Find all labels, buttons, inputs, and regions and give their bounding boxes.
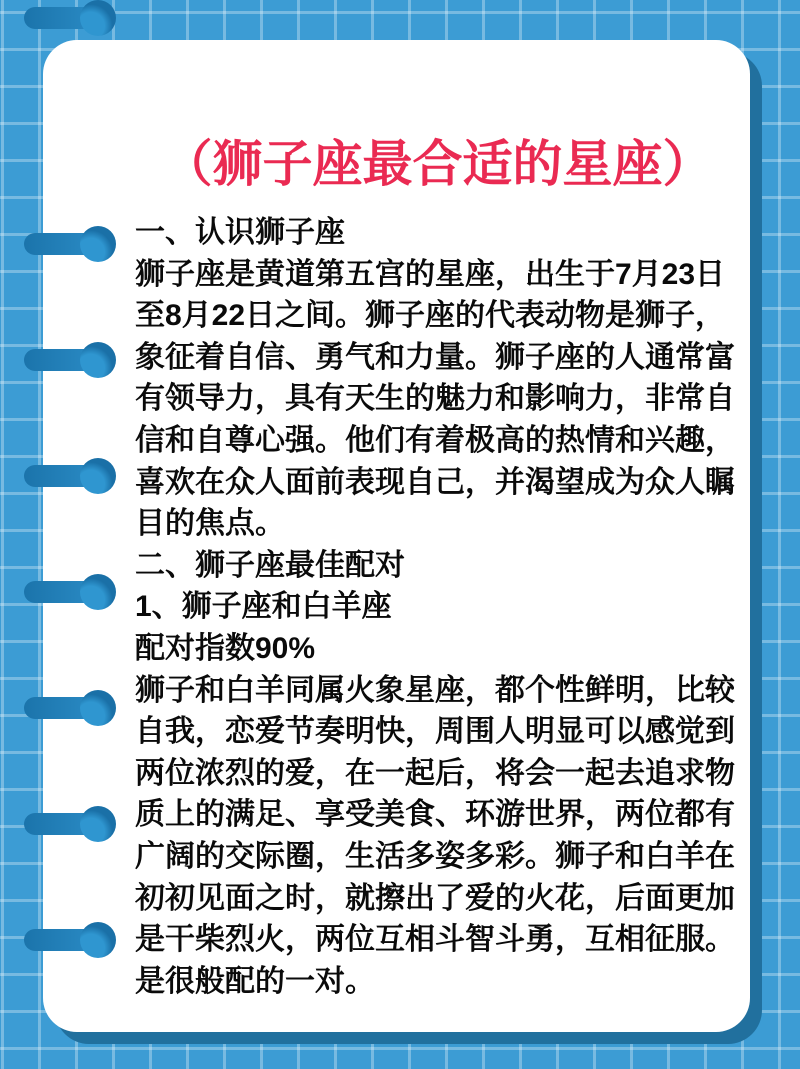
text-line: 二、狮子座最佳配对 xyxy=(135,545,746,587)
page-title: （狮子座最合适的星座） xyxy=(135,124,740,196)
body-text: 一、认识狮子座狮子座是黄道第五宫的星座，出生于7月23日至8月22日之间。狮子座… xyxy=(135,212,746,1002)
binder-pin-icon xyxy=(24,458,136,494)
text-line: 是干柴烈火，两位互相斗智斗勇，互相征服。 xyxy=(135,919,746,961)
text-line: 目的焦点。 xyxy=(135,503,746,545)
text-line: 至8月22日之间。狮子座的代表动物是狮子， xyxy=(135,295,746,337)
text-line: 1、狮子座和白羊座 xyxy=(135,586,746,628)
text-line: 象征着自信、勇气和力量。狮子座的人通常富 xyxy=(135,337,746,379)
grid-background: （狮子座最合适的星座） 一、认识狮子座狮子座是黄道第五宫的星座，出生于7月23日… xyxy=(0,0,800,1069)
binder-pin-icon xyxy=(24,342,136,378)
text-line: 一、认识狮子座 xyxy=(135,212,746,254)
text-line: 是很般配的一对。 xyxy=(135,961,746,1003)
text-line: 狮子座是黄道第五宫的星座，出生于7月23日 xyxy=(135,254,746,296)
binder-pin-icon xyxy=(24,690,136,726)
text-line: 信和自尊心强。他们有着极高的热情和兴趣， xyxy=(135,420,746,462)
text-line: 两位浓烈的爱，在一起后，将会一起去追求物 xyxy=(135,753,746,795)
binder-pin-icon xyxy=(24,806,136,842)
notebook-paper: （狮子座最合适的星座） 一、认识狮子座狮子座是黄道第五宫的星座，出生于7月23日… xyxy=(43,40,750,1032)
binder-pin-icon xyxy=(24,922,136,958)
binder-pin-knob xyxy=(80,806,116,842)
text-line: 配对指数90% xyxy=(135,628,746,670)
binder-pin-icon xyxy=(24,0,136,36)
binder-pin-knob xyxy=(80,458,116,494)
binder-pin-icon xyxy=(24,574,136,610)
binder-pin-knob xyxy=(80,574,116,610)
text-line: 自我，恋爱节奏明快，周围人明显可以感觉到 xyxy=(135,711,746,753)
text-line: 狮子和白羊同属火象星座，都个性鲜明，比较 xyxy=(135,670,746,712)
text-line: 广阔的交际圈，生活多姿多彩。狮子和白羊在 xyxy=(135,836,746,878)
text-line: 有领导力，具有天生的魅力和影响力，非常自 xyxy=(135,378,746,420)
binder-pin-knob xyxy=(80,342,116,378)
binder-pin-knob xyxy=(80,922,116,958)
text-line: 喜欢在众人面前表现自己，并渴望成为众人瞩 xyxy=(135,462,746,504)
binder-pin-knob xyxy=(80,690,116,726)
text-line: 初初见面之时，就擦出了爱的火花，后面更加 xyxy=(135,878,746,920)
binder-pin-knob xyxy=(80,226,116,262)
text-line: 质上的满足、享受美食、环游世界，两位都有 xyxy=(135,794,746,836)
binder-pin-knob xyxy=(80,0,116,36)
binder-pin-icon xyxy=(24,226,136,262)
